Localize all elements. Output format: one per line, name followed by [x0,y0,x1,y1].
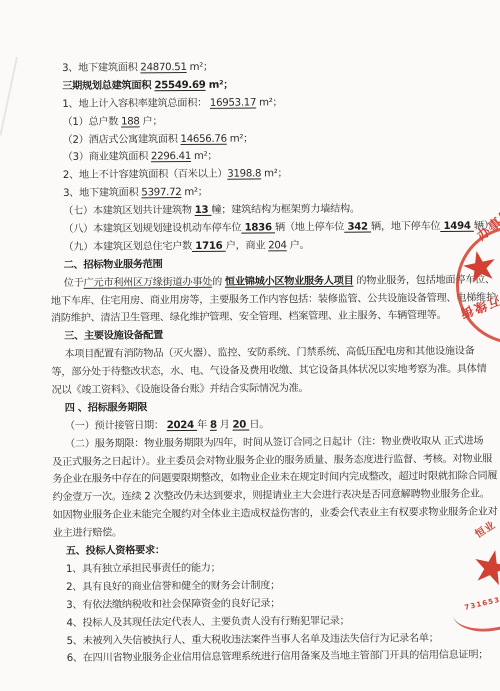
text-run: 1、具有独立承担民事责任的能力； [66,563,221,575]
text-run: m²； [261,169,287,180]
text-run: 二、招标物业服务范围 [64,259,163,271]
document-line: 等，部分处于待整改状态，水、电、气设备及费用收缴、其它设备具体状况以实地考察为准… [51,361,478,382]
text-run: 辆（地上停车位 [275,222,344,234]
text-run: 及正式服务之日起计）。业主委员会对物业服务企业的服务质量、服务态度进行监督、考核… [52,453,492,467]
text-run: 的 [212,276,225,287]
text-run: （七）本建筑区划共计建筑物 [63,205,195,217]
text-run: 2、地上不计容建筑面积（百米以上） [63,169,227,181]
text-run: 四 、招标服务期限 [65,402,147,414]
text-run: 户。 [287,240,310,251]
text-run: 辆）。 [474,221,499,232]
text-run: 2、具有良好的商业信誉和健全的财务会计制度； [66,580,280,593]
scanned-document-page: 3、地下建筑面积 24870.51 m²；三期规划总建筑面积 25549.69 … [0,0,500,691]
text-run: m²； [205,80,233,91]
text-run: （1）总户数 [62,116,121,127]
underlined-value: 1494 [440,221,474,232]
text-run: 业主进行赔偿。 [53,528,122,540]
text-run: （二）服务期限：物业服务期限为四年，时间从签订合同之日起计（注：物业费收取从 正… [65,435,483,449]
text-run: （一）预计接管日期： [65,420,167,432]
text-run: 年 [197,420,210,431]
text-run: m²； [227,133,253,144]
text-run: 日。 [249,419,269,430]
text-run: 4、投标人及其现任法定代表人、主要负责人没有行贿犯罪记录； [66,615,349,628]
text-run: m²； [256,97,282,108]
underlined-value: 24870.51 [140,62,186,73]
text-run: 约金壹万一次。连续 2 次整改仍未达到要求，则提请业主大会进行表决是否同意解聘物… [52,489,489,503]
text-run: 地下车库、住宅用房、商业用房等，主要服务工作内容包括：装修监管、公共设施设备管理… [51,292,500,307]
document-line: 如因物业服务企业未能完全履约对全体业主造成权益伤害的，业委会代表业主有权要求物业… [53,504,480,525]
text-run: 三、主要设施设备配置 [64,331,163,343]
underlined-value: 20 [232,419,249,430]
underlined-value: 2296.41 [151,151,191,162]
text-run: 幢；建筑结构为框架剪力墙结构。 [211,204,359,216]
text-run: 如因物业服务企业未能完全履约对全体业主造成权益伤害的，业委会代表业主有权要求物业… [53,507,498,521]
text-run: 务企业在服务中存在的问题要限期整改，如物业企业未在规定时间内完成整改，超过时限就… [52,471,497,485]
underlined-value: 14656.76 [180,133,226,144]
text-run: 户； [140,116,163,127]
text-run: 3、地下建筑面积 [62,62,140,74]
text-run: 月 [217,419,233,430]
text-run: 三期规划总建筑面积 [62,80,154,92]
underlined-value: 204 [268,240,287,251]
text-run: 5、未被列入失信被执行人、重大税收违法案件当事人名单及违法失信行为记录名单； [67,633,439,647]
text-run: 况以《竣工资料》、《设施设备台账》并结合实际情况为准。 [52,383,309,396]
text-run: 1、地上计入容积率建筑总面积： [62,98,210,110]
text-run: （2）酒店式公寓建筑面积 [63,134,181,146]
text-run: m²； [181,187,207,198]
document-body: 3、地下建筑面积 24870.51 m²；三期规划总建筑面积 25549.69 … [0,57,500,669]
underlined-value: 16953.17 [210,97,256,108]
text-run: （八）本建筑区划规划建设机动车停车位 [63,223,241,235]
document-line: 6、在四川省物业服务企业信用信息管理系统进行信用备案及当地主管部门开具的信用信息… [54,647,481,668]
text-run: 本项目配置有消防物品（灭火器）、监控、安防系统、门禁系统、高低压配电房和其他设施… [64,346,474,360]
text-run: m²； [191,151,217,162]
text-run: 五、投标人资格要求： [66,545,165,557]
underlined-value: 25549.69 [154,80,205,91]
text-run: 6、在四川省物业服务企业信用信息管理系统进行信用备案及当地主管部门开具的信用信息… [67,650,489,664]
underlined-value: 13 [195,205,212,216]
underlined-value: 2024 [167,420,197,431]
underlined-value: 188 [121,116,140,127]
text-run: 3、地下建筑面积 [63,188,141,200]
text-run: 的物业服务，包括地面停车位、 [353,274,494,286]
text-run: （九）本建筑区划总住宅户数 [63,241,192,253]
text-run: 户，商业 [226,240,269,251]
text-run: 等，部分处于待整改状态，水、电、气设备及费用收缴、其它设备具体状况以实地考察为准… [51,364,486,378]
text-run: （3）商业建筑面积 [63,152,151,164]
underlined-value: 恒业锦城小区物业服务人项目 [225,275,354,287]
text-run: m²； [187,62,213,73]
document-line: （八）本建筑区划规划建设机动车停车位 1836 辆（地上停车位 342 辆，地下… [50,218,477,239]
text-run: 辆，地下停车位 [371,221,440,233]
text-run: 位于 [64,278,84,289]
text-run: 3、有依法缴纳税收和社会保障资金的良好记录； [66,598,280,611]
underlined-value: 3198.8 [227,169,261,180]
underlined-value: 广元市利州区万缘街道办事处 [83,277,212,289]
underlined-value: 5397.72 [141,187,181,198]
underlined-value: 342 [344,222,371,233]
underlined-value: 1836 [241,222,275,233]
underlined-value: 1716 [192,241,226,252]
text-run: 消防维护、清洁卫生管理、绿化维护管理、安全管理、档案管理、业主服务、车辆管理等。 [51,310,447,324]
